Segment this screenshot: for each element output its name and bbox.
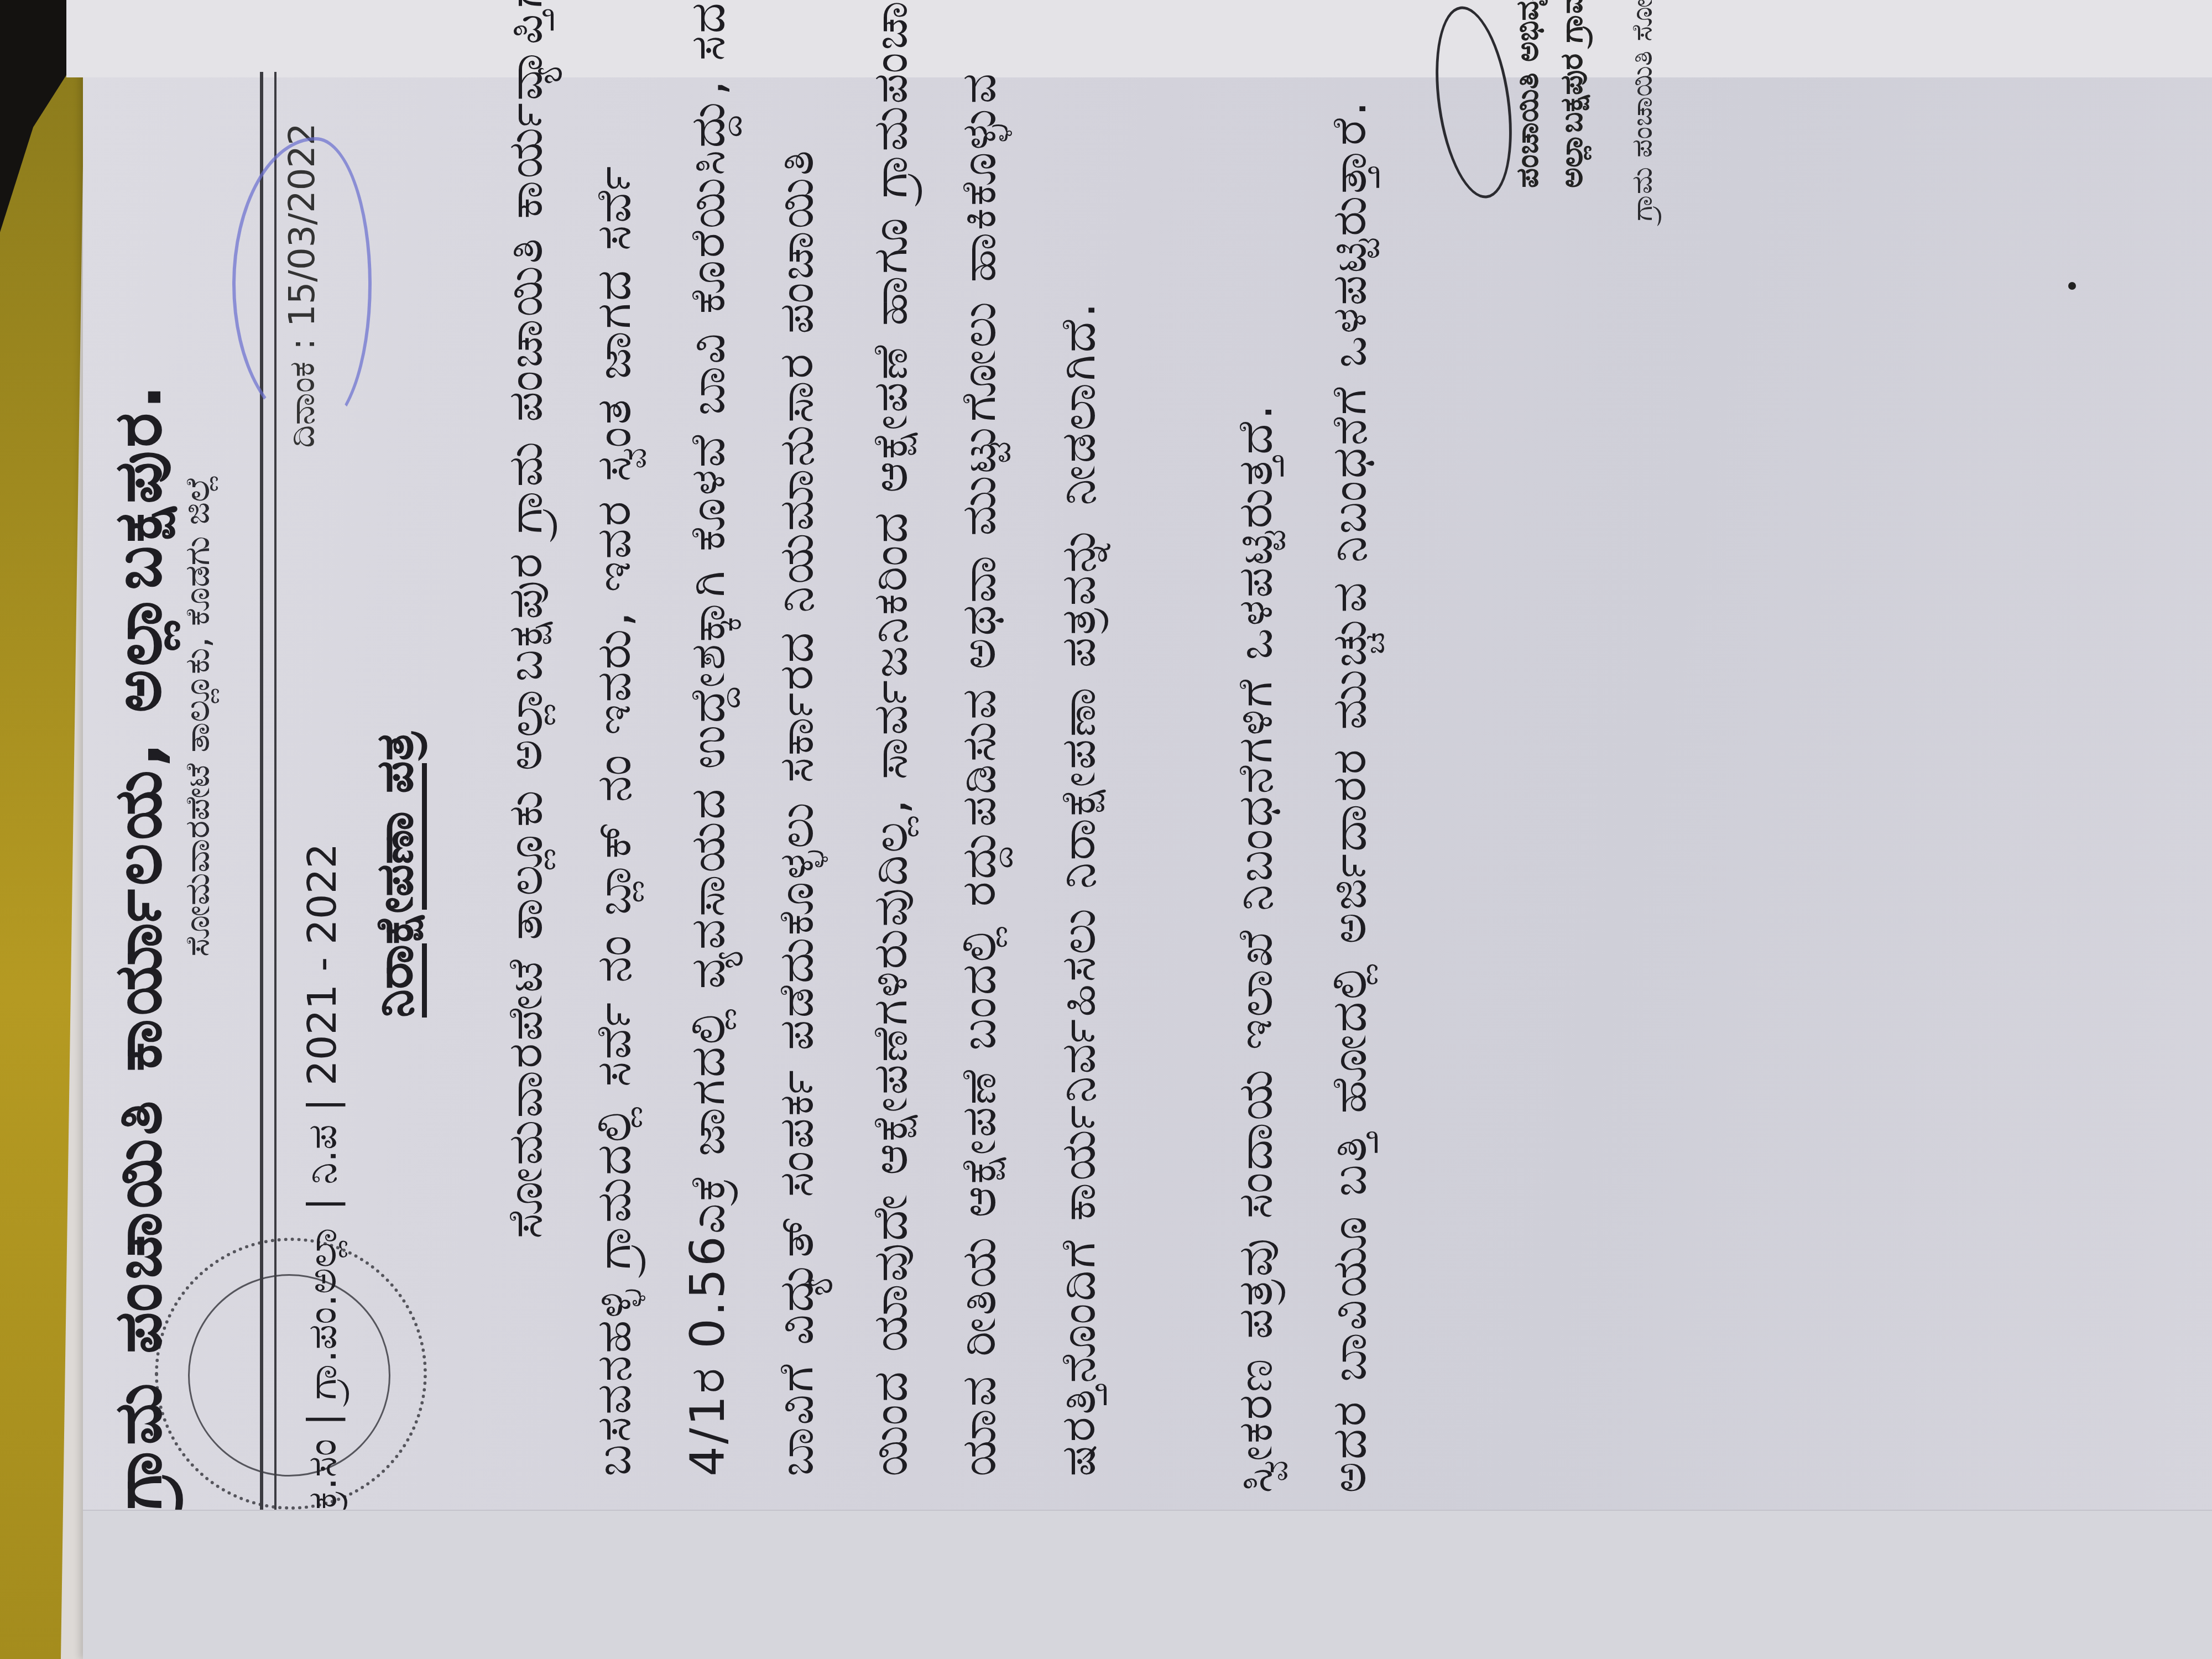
body-line: ಸೋಮವಾರಪೇಟೆ ತಾಲ್ಲೂಕು ಅಲ್ಲಾಬಕ್ಷಪುರ ಗ್ರಾಮ ಪ… <box>498 0 554 1239</box>
signature-block: ಪಂಚಾಯಿತಿ ಅಭಿವೃದ್ಧಿ ಅಧಿಕಾರಿ ಅಲ್ಲಾಬಕ್ಷಪುರ … <box>1427 0 1637 199</box>
signature-stamp-line: ಅಲ್ಲಾಬಕ್ಷಪುರ ಗ್ರಾಮ ಪಂಚಾಯಿತಿ <box>1554 0 1590 188</box>
body-line: ಅದರ ಬಾವಿಯೂ ಬತ್ತಿ ಹೋದಲ್ಲಿ ಅರ್ಜಿದಾರರ ಮುಚ್ಚ… <box>1322 99 1378 1493</box>
body-line: ಬಸವನಹಳ್ಳಿ ಗ್ರಾಮದಲ್ಲಿ ಸರ್ವೆ ನಂ ಬ್ಲಾಕ್ ನಂ … <box>586 164 643 1477</box>
office-address: ಸೋಮವಾರಪೇಟೆ ತಾಲ್ಲೂಕು, ಕೊಡಗು ಜಿಲ್ಲೆ <box>177 474 218 957</box>
body-line: ಷರತ್ತಿನೊಂದಿಗೆ ಕಾರ್ಯನಿರ್ವಹಿಸಲು ನಿರಾಕ್ಷೇಪಣ… <box>1051 300 1107 1477</box>
body-line: ಯಾವ ರೀತಿಯ ಆಕ್ಷೇಪಣೆ ಬಂದಲ್ಲಿ ರದ್ದುಪಡಿಸುವ ಅ… <box>951 71 1008 1477</box>
reference-number: ಕ್ರ.ಸಂ | ಗ್ರಾ.ಪಂ.ಅಲ್ಲಾ | ನಿ.ಪ | 2021 - 2… <box>299 843 346 1510</box>
lower-page-layer <box>83 1510 2212 1659</box>
body-line: ಬಾವಿಗೆ ವಿದ್ಯುತ್ ಸಂಪರ್ಕ ಪಡೆದುಕೊಳ್ಳಲು ಸರ್ಕ… <box>769 148 825 1477</box>
body-line: 4/1ರ 0.56ಎಕ್ರೆ ಜಾಗದಲ್ಲಿ ವ್ಯವಸಾಯದ ಉದ್ದೇಶಕ… <box>680 0 737 1477</box>
office-title: ಗ್ರಾಮ ಪಂಚಾಯಿತಿ ಕಾರ್ಯಾಲಯ, ಅಲ್ಲಾಬಕ್ಷಪುರ. <box>100 382 177 1510</box>
subject-heading: ನಿರಾಕ್ಷೇಪಣಾ ಪತ್ರ <box>365 732 425 1018</box>
rotated-document-content: ಗ್ರಾಮ ಪಂಚಾಯಿತಿ ಕಾರ್ಯಾಲಯ, ಅಲ್ಲಾಬಕ್ಷಪುರ. ಸ… <box>0 0 2212 1659</box>
office-seal-inner-ring <box>188 1274 390 1477</box>
signatory-title: ಗ್ರಾಮ ಪಂಚಾಯಿತಿ ಸೋಮವಾರಪೇಟೆ <box>1626 0 1660 221</box>
body-line: ಸ್ವೀಕರಣ ಪತ್ರವು ಸಂದಾಯ ಇಲಾಖೆ ನಿಬಂಧನೆಗಳಿಗೆ … <box>1228 403 1284 1493</box>
signature-scribble <box>1425 2 1522 204</box>
blue-pen-mark <box>232 137 372 431</box>
signature-stamp-line: ಪಂಚಾಯಿತಿ ಅಭಿವೃದ್ಧಿ ಅಧಿಕಾರಿ <box>1510 0 1546 188</box>
body-line: ಯಿಂದ ಯಾವುದೇ ಆಕ್ಷೇಪಣೆಗಳಿರುವುದಿಲ್ಲ, ಸಾರ್ವಜ… <box>863 0 919 1477</box>
ink-speck <box>2068 282 2076 290</box>
